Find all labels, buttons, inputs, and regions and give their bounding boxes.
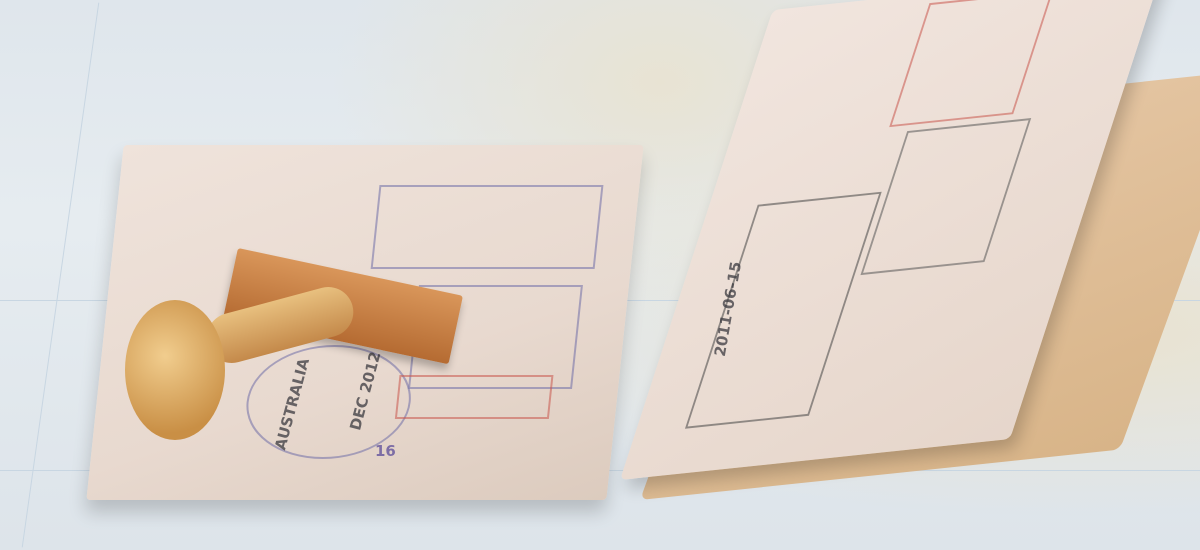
stamp-red-square	[889, 0, 1053, 127]
stamp-rectangle	[371, 185, 604, 269]
stamp-rectangle	[860, 118, 1031, 275]
stamp-rectangle	[685, 192, 882, 429]
stamp-red-rectangle	[395, 375, 554, 419]
stamp-number-text: 16	[375, 442, 396, 460]
rubber-stamp-handle	[125, 300, 225, 440]
